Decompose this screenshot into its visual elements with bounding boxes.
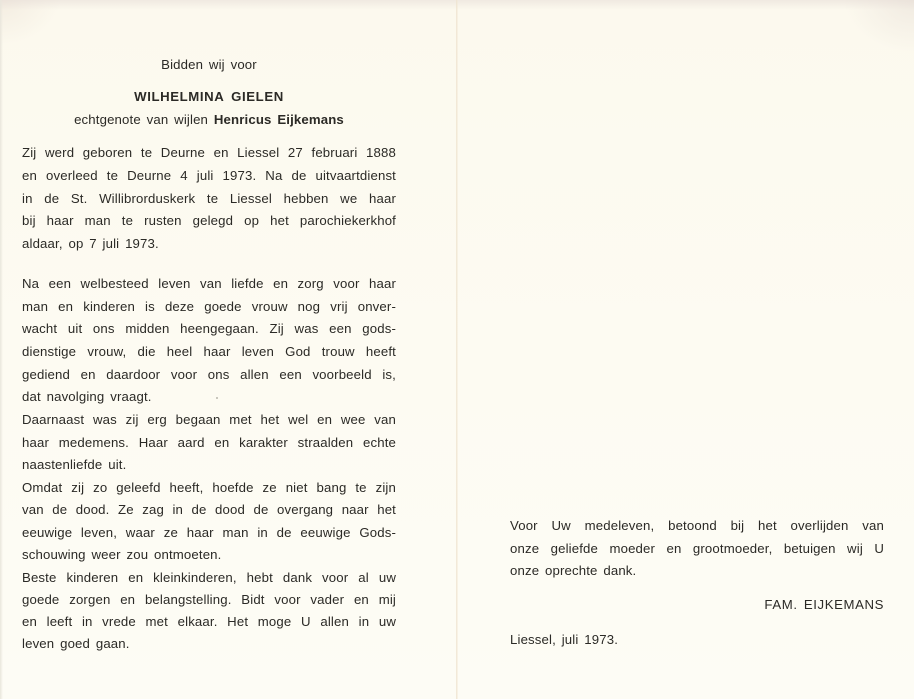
- paper-speck: [216, 397, 218, 399]
- family-signature: FAM. EIJKEMANS: [510, 597, 884, 613]
- thanks-line: Voor Uw medeleven, betoond bij het overl…: [510, 518, 884, 534]
- fold-line: [456, 0, 458, 699]
- text-line: en leeft in vrede met elkaar. Het moge U…: [22, 614, 396, 630]
- spouse-prefix: echtgenote van wijlen: [74, 112, 208, 127]
- text-line: Zij werd geboren te Deurne en Liessel 27…: [22, 145, 396, 161]
- text-line: Daarnaast was zij erg begaan met het wel…: [22, 412, 396, 428]
- text-line: man en kinderen is deze goede vrouw nog …: [22, 299, 396, 315]
- spouse-line: echtgenote van wijlen Henricus Eijkemans: [22, 112, 396, 128]
- text-line: dienstige vrouw, die heel haar leven God…: [22, 344, 396, 360]
- thanks-line: onze geliefde moeder en grootmoeder, bet…: [510, 541, 884, 557]
- text-line: wacht uit ons midden heengegaan. Zij was…: [22, 321, 396, 337]
- text-line: in de St. Willibrorduskerk te Liessel he…: [22, 191, 396, 207]
- text-line: van de dood. Ze zag in de dood de overga…: [22, 502, 396, 518]
- text-line: en overleed te Deurne 4 juli 1973. Na de…: [22, 168, 396, 184]
- text-line: haar medemens. Haar aard en karakter str…: [22, 435, 396, 451]
- text-line: goede zorgen en belangstelling. Bidt voo…: [22, 592, 396, 608]
- text-line: schouwing weer zou ontmoeten.: [22, 547, 396, 563]
- text-line: bij haar man te rusten gelegd op het par…: [22, 213, 396, 229]
- spouse-name: Henricus Eijkemans: [214, 112, 344, 127]
- text-line: gediend en daardoor voor ons allen een v…: [22, 367, 396, 383]
- text-line: leven goed gaan.: [22, 636, 396, 652]
- text-line: eeuwige leven, waar ze haar man in de ee…: [22, 525, 396, 541]
- text-line: naastenliefde uit.: [22, 457, 396, 473]
- text-line: Omdat zij zo geleefd heeft, hoefde ze ni…: [22, 480, 396, 496]
- text-line: aldaar, op 7 juli 1973.: [22, 236, 396, 252]
- place-date: Liessel, juli 1973.: [510, 632, 884, 648]
- text-line: dat navolging vraagt.: [22, 389, 396, 405]
- memorial-card: Bidden wij voor WILHELMINA GIELEN echtge…: [0, 0, 914, 699]
- text-line: Na een welbesteed leven van liefde en zo…: [22, 276, 396, 292]
- text-line: Beste kinderen en kleinkinderen, hebt da…: [22, 570, 396, 586]
- prayer-heading: Bidden wij voor: [22, 57, 396, 73]
- thanks-line: onze oprechte dank.: [510, 563, 884, 579]
- paper-edge: [0, 0, 3, 699]
- deceased-name: WILHELMINA GIELEN: [22, 89, 396, 105]
